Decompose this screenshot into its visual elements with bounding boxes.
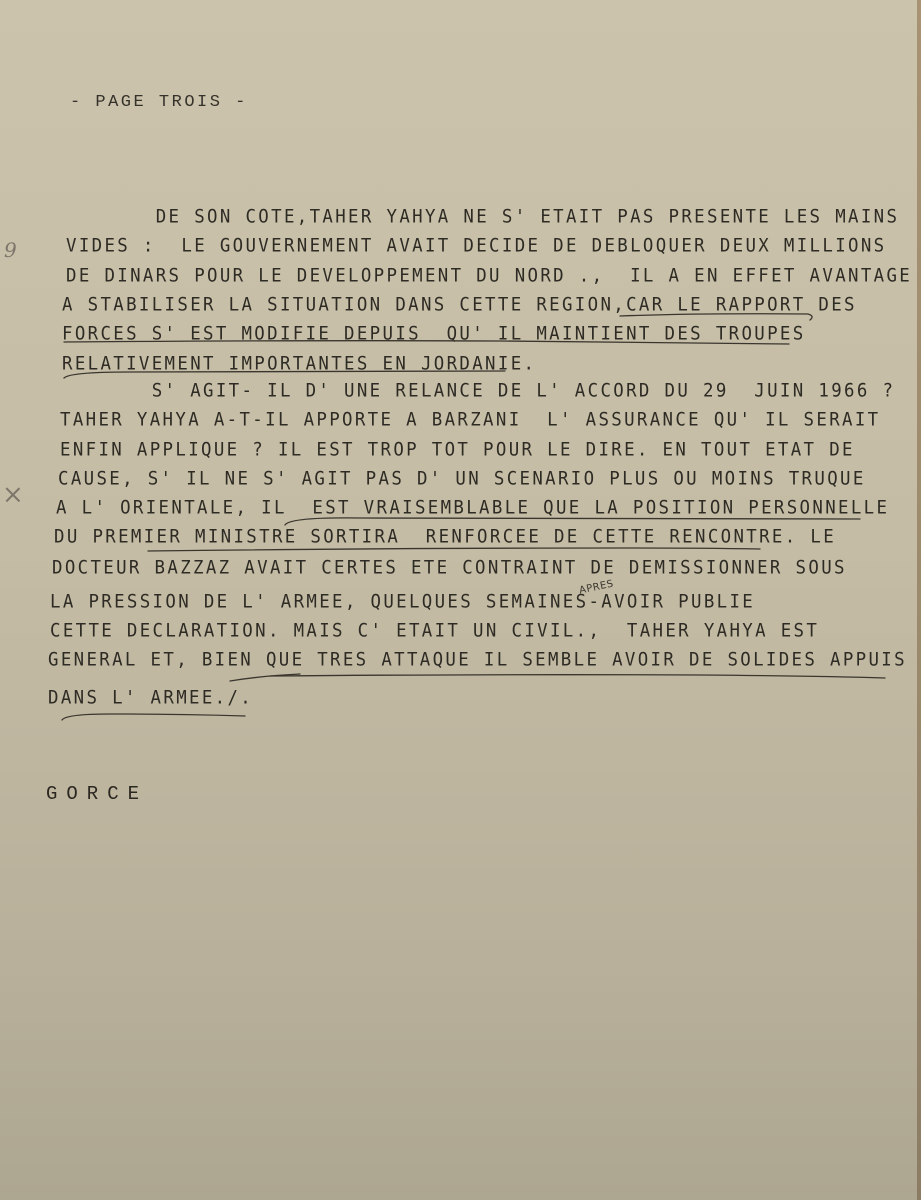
text-line: ENFIN APPLIQUE ? IL EST TROP TOT POUR LE… [60, 440, 855, 461]
page-header: - PAGE TROIS - [70, 93, 248, 112]
signature: GORCE [46, 783, 148, 805]
text-line: CAUSE, S' IL NE S' AGIT PAS D' UN SCENAR… [58, 469, 866, 490]
margin-cross-mark: × [2, 480, 24, 510]
paper-edge [917, 0, 921, 1200]
text-line: TAHER YAHYA A-T-IL APPORTE A BARZANI L' … [60, 410, 880, 431]
text-line: CETTE DECLARATION. MAIS C' ETAIT UN CIVI… [50, 621, 819, 642]
text-line: DOCTEUR BAZZAZ AVAIT CERTES ETE CONTRAIN… [52, 558, 847, 579]
text-line: VIDES : LE GOUVERNEMENT AVAIT DECIDE DE … [66, 236, 886, 257]
text-line: LA PRESSION DE L' ARMEE, QUELQUES SEMAIN… [50, 592, 755, 613]
text-line: RELATIVEMENT IMPORTANTES EN JORDANIE. [62, 354, 536, 375]
text-line: A STABILISER LA SITUATION DANS CETTE REG… [62, 295, 857, 316]
text-line: DE SON COTE,TAHER YAHYA NE S' ETAIT PAS … [66, 207, 899, 228]
text-line: A L' ORIENTALE, IL EST VRAISEMBLABLE QUE… [56, 498, 889, 519]
text-line: DANS L' ARMEE./. [48, 688, 253, 709]
text-line: DE DINARS POUR LE DEVELOPPEMENT DU NORD … [66, 266, 912, 287]
text-line: FORCES S' EST MODIFIE DEPUIS QU' IL MAIN… [62, 324, 806, 345]
text-line: S' AGIT- IL D' UNE RELANCE DE L' ACCORD … [62, 381, 895, 402]
text-line: GENERAL ET, BIEN QUE TRES ATTAQUE IL SEM… [48, 650, 907, 671]
text-line: DU PREMIER MINISTRE SORTIRA RENFORCEE DE… [54, 527, 836, 548]
margin-page-number: 9 [4, 238, 17, 262]
